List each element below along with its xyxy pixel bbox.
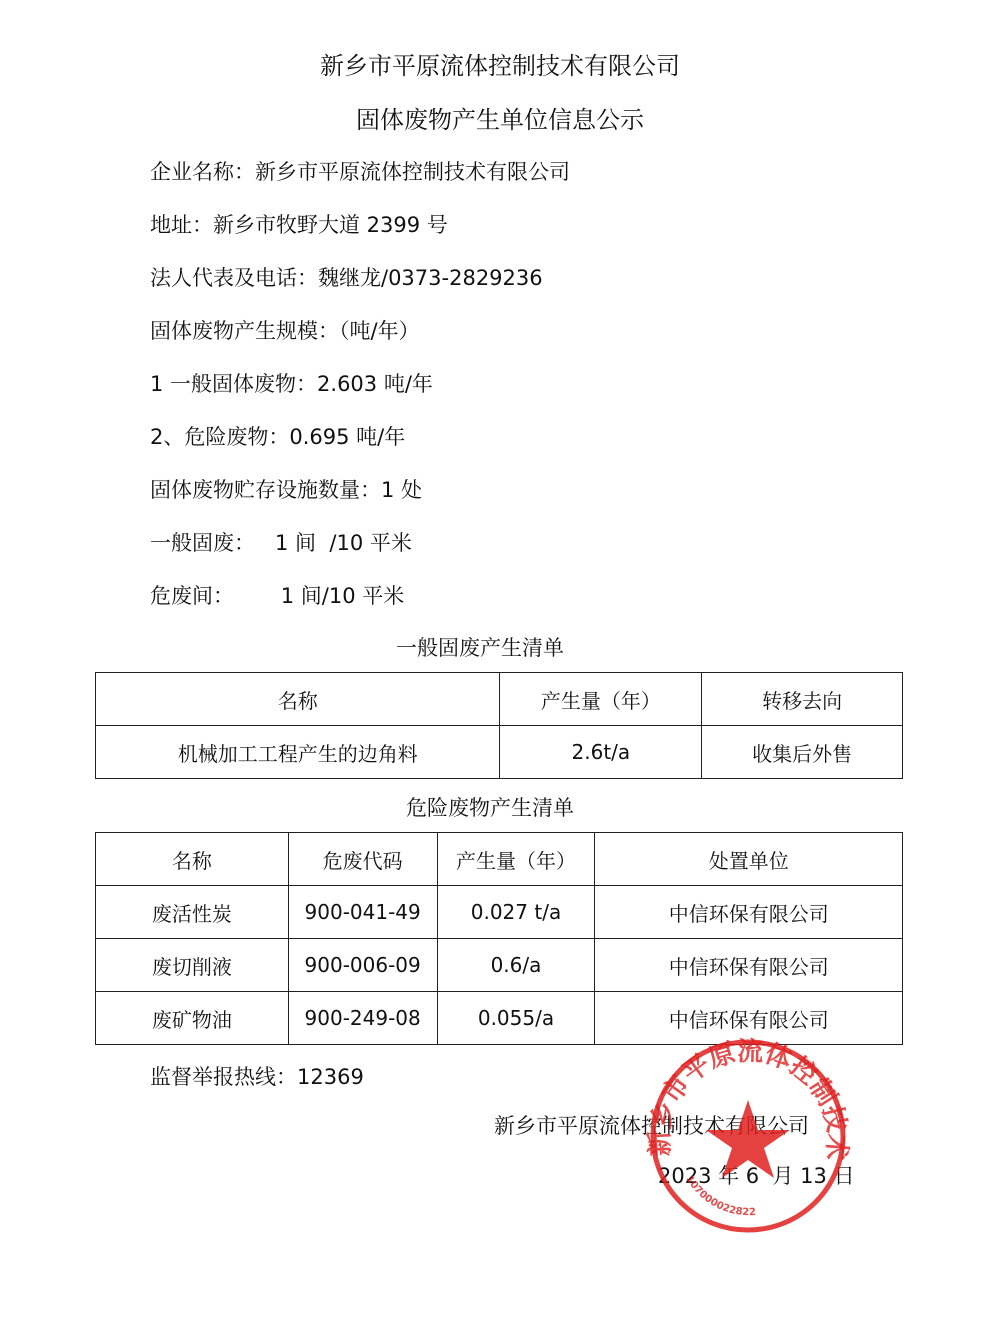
signature-company: 新乡市平原流体控制技术有限公司 <box>494 1110 809 1140</box>
signature-date: 2023 年 6 月 13 日 <box>658 1160 855 1190</box>
table-row: 废活性炭 900-041-49 0.027 t/a 中信环保有限公司 <box>96 886 903 939</box>
cell-amount: 2.6t/a <box>500 726 702 779</box>
cell-code: 900-041-49 <box>288 886 437 939</box>
table-header-row: 名称 产生量（年） 转移去向 <box>96 673 903 726</box>
general-table-caption: 一般固废产生清单 <box>0 632 980 662</box>
cell-disposal-unit: 中信环保有限公司 <box>595 939 903 992</box>
general-waste-line: 1 一般固体废物：2.603 吨/年 <box>150 368 433 398</box>
header-amount: 产生量（年） <box>437 833 595 886</box>
document-title: 固体废物产生单位信息公示 <box>0 100 1000 135</box>
header-code: 危废代码 <box>288 833 437 886</box>
company-name-line: 企业名称：新乡市平原流体控制技术有限公司 <box>150 156 570 186</box>
cell-name: 废矿物油 <box>96 992 289 1045</box>
cell-name: 机械加工工程产生的边角料 <box>96 726 500 779</box>
storage-count-line: 固体废物贮存设施数量：1 处 <box>150 474 422 504</box>
cell-disposal-unit: 中信环保有限公司 <box>595 886 903 939</box>
hazardous-storage-line: 危废间： 1 间/10 平米 <box>150 580 404 610</box>
legal-rep-line: 法人代表及电话：魏继龙/0373-2829236 <box>150 262 543 292</box>
header-destination: 转移去向 <box>702 673 903 726</box>
cell-disposal-unit: 中信环保有限公司 <box>595 992 903 1045</box>
company-title: 新乡市平原流体控制技术有限公司 <box>0 46 1000 81</box>
address-line: 地址：新乡市牧野大道 2399 号 <box>150 209 448 239</box>
table-row: 废矿物油 900-249-08 0.055/a 中信环保有限公司 <box>96 992 903 1045</box>
cell-code: 900-006-09 <box>288 939 437 992</box>
general-waste-table: 名称 产生量（年） 转移去向 机械加工工程产生的边角料 2.6t/a 收集后外售 <box>95 672 903 779</box>
cell-amount: 0.055/a <box>437 992 595 1045</box>
header-disposal-unit: 处置单位 <box>595 833 903 886</box>
hazardous-table-caption: 危险废物产生清单 <box>0 792 990 822</box>
table-row: 废切削液 900-006-09 0.6/a 中信环保有限公司 <box>96 939 903 992</box>
cell-name: 废活性炭 <box>96 886 289 939</box>
cell-code: 900-249-08 <box>288 992 437 1045</box>
stamp-text: 新乡市平原流体控制技术有限公司 <box>628 1028 852 1161</box>
header-name: 名称 <box>96 673 500 726</box>
svg-text:新乡市平原流体控制技术有限公司: 新乡市平原流体控制技术有限公司 <box>628 1028 852 1161</box>
hazardous-waste-line: 2、危险废物：0.695 吨/年 <box>150 421 405 451</box>
general-storage-line: 一般固废： 1 间 /10 平米 <box>150 527 412 557</box>
header-amount: 产生量（年） <box>500 673 702 726</box>
cell-amount: 0.6/a <box>437 939 595 992</box>
cell-amount: 0.027 t/a <box>437 886 595 939</box>
hotline-line: 监督举报热线：12369 <box>150 1061 364 1091</box>
hazardous-waste-table: 名称 危废代码 产生量（年） 处置单位 废活性炭 900-041-49 0.02… <box>95 832 903 1045</box>
cell-destination: 收集后外售 <box>702 726 903 779</box>
table-row: 机械加工工程产生的边角料 2.6t/a 收集后外售 <box>96 726 903 779</box>
table-header-row: 名称 危废代码 产生量（年） 处置单位 <box>96 833 903 886</box>
scale-label-line: 固体废物产生规模：（吨/年） <box>150 315 420 345</box>
cell-name: 废切削液 <box>96 939 289 992</box>
header-name: 名称 <box>96 833 289 886</box>
